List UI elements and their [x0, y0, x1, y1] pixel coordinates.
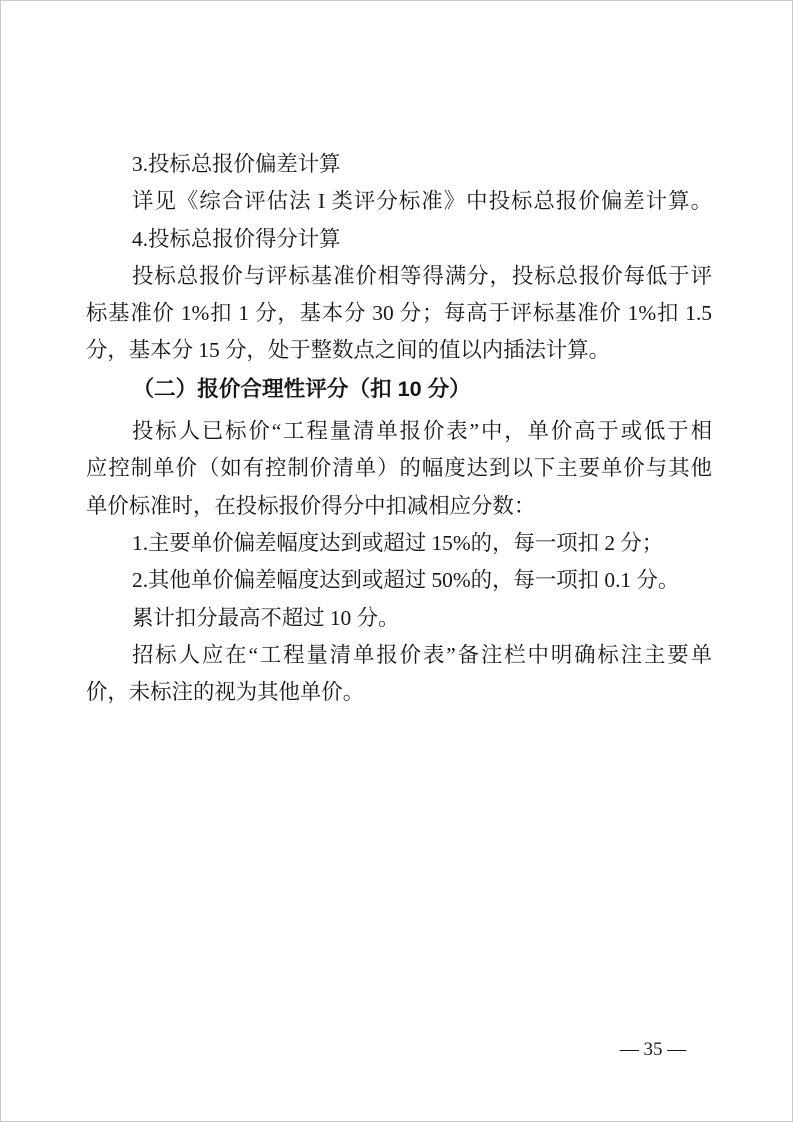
- text-line: 价，未标注的视为其他单价。: [86, 674, 712, 711]
- text-line: 累计扣分最高不超过 10 分。: [86, 600, 712, 637]
- para-note-main-unit-price: 招标人应在“工程量清单报价表”备注栏中明确标注主要单 价，未标注的视为其他单价。: [86, 637, 712, 712]
- text-line: 投标总报价与评标基准价相等得满分，投标总报价每低于评: [86, 258, 712, 295]
- para-item3-body: 详见《综合评估法 I 类评分标准》中投标总报价偏差计算。: [86, 183, 712, 220]
- para-rule-main-unit-price: 1.主要单价偏差幅度达到或超过 15%的，每一项扣 2 分；: [86, 525, 712, 562]
- text-line: 招标人应在“工程量清单报价表”备注栏中明确标注主要单: [86, 637, 712, 674]
- text-line: 应控制单价（如有控制价清单）的幅度达到以下主要单价与其他: [86, 450, 712, 487]
- para-unit-price-intro: 投标人已标价“工程量清单报价表”中，单价高于或低于相 应控制单价（如有控制价清单…: [86, 413, 712, 525]
- text-line: 标基准价 1%扣 1 分，基本分 30 分；每高于评标基准价 1%扣 1.5: [86, 295, 712, 332]
- para-rule-other-unit-price: 2.其他单价偏差幅度达到或超过 50%的，每一项扣 0.1 分。: [86, 562, 712, 599]
- text-line: 详见《综合评估法 I 类评分标准》中投标总报价偏差计算。: [86, 183, 712, 220]
- text-line: 3.投标总报价偏差计算: [86, 146, 712, 183]
- para-item4-body: 投标总报价与评标基准价相等得满分，投标总报价每低于评 标基准价 1%扣 1 分，…: [86, 258, 712, 370]
- para-item4-title: 4.投标总报价得分计算: [86, 221, 712, 258]
- text-line: 投标人已标价“工程量清单报价表”中，单价高于或低于相: [86, 413, 712, 450]
- text-line: 分，基本分 15 分，处于整数点之间的值以内插法计算。: [86, 332, 712, 369]
- document-body: 3.投标总报价偏差计算 详见《综合评估法 I 类评分标准》中投标总报价偏差计算。…: [86, 146, 712, 711]
- heading-line: （二）报价合理性评分（扣 10 分）: [86, 370, 712, 407]
- heading-price-reasonableness: （二）报价合理性评分（扣 10 分）: [86, 370, 712, 407]
- text-line: 1.主要单价偏差幅度达到或超过 15%的，每一项扣 2 分；: [86, 525, 712, 562]
- text-line: 2.其他单价偏差幅度达到或超过 50%的，每一项扣 0.1 分。: [86, 562, 712, 599]
- page-number: — 35 —: [611, 1037, 695, 1063]
- text-line: 4.投标总报价得分计算: [86, 221, 712, 258]
- para-deduction-cap: 累计扣分最高不超过 10 分。: [86, 600, 712, 637]
- text-line: 单价标准时，在投标报价得分中扣减相应分数：: [86, 488, 712, 525]
- document-page: 3.投标总报价偏差计算 详见《综合评估法 I 类评分标准》中投标总报价偏差计算。…: [0, 0, 793, 1122]
- para-item3-title: 3.投标总报价偏差计算: [86, 146, 712, 183]
